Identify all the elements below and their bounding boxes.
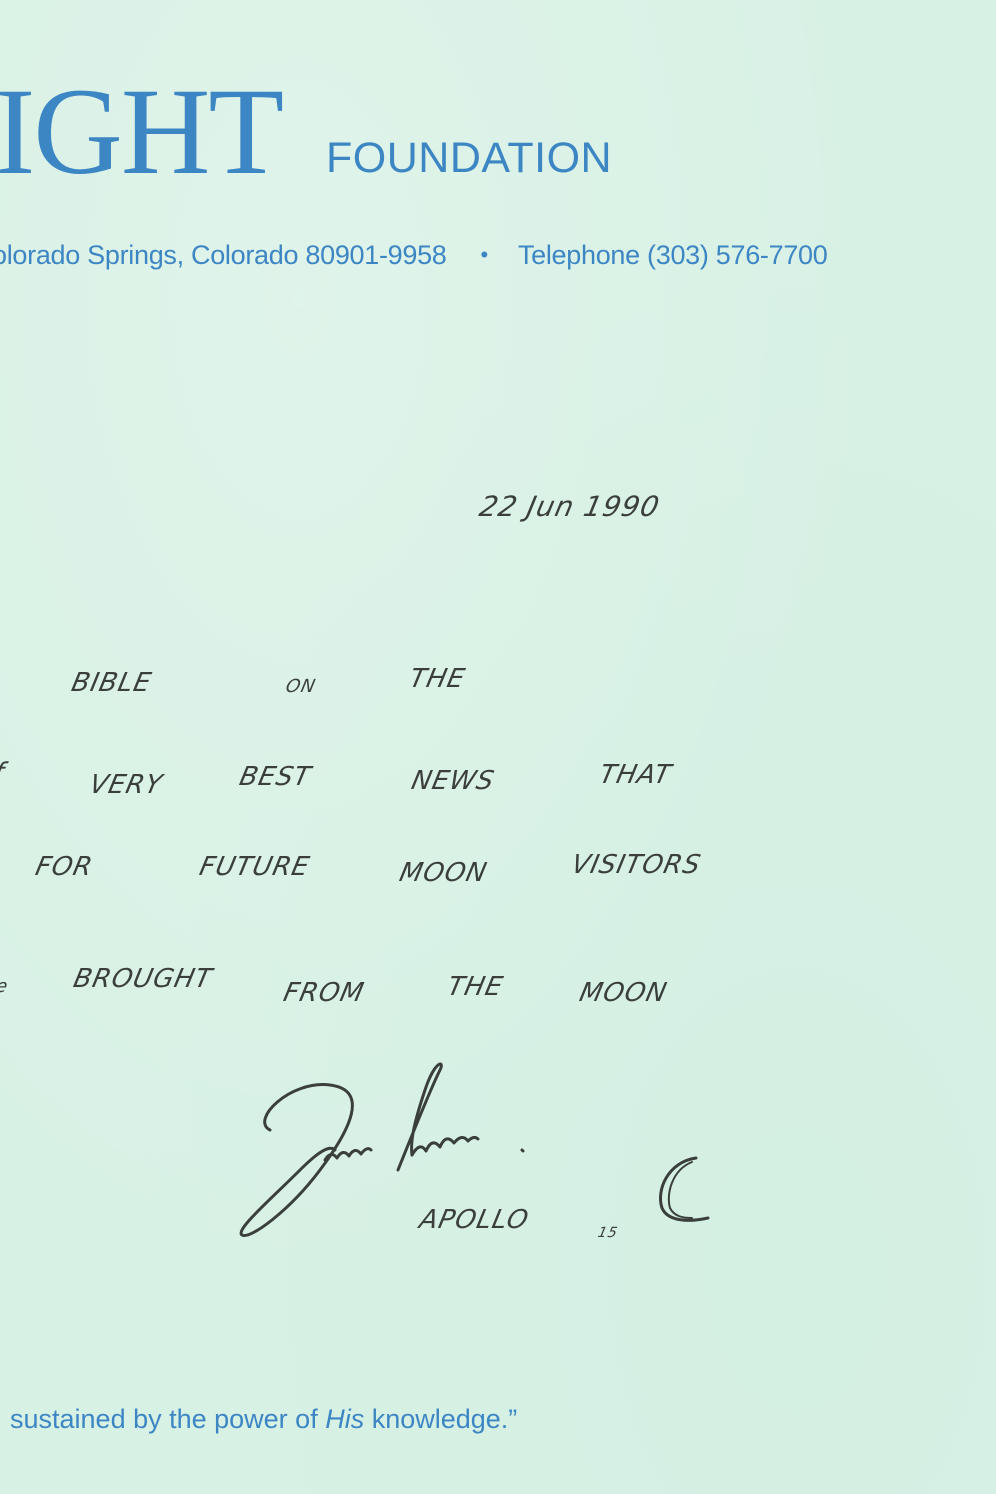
- bullet-separator: •: [481, 242, 488, 268]
- footer-quote: sustained by the power of His knowledge.…: [10, 1404, 517, 1435]
- address-text: olorado Springs, Colorado 80901-9958: [0, 240, 447, 270]
- handwritten-word: THAT: [597, 760, 675, 790]
- brand-name-fragment: IGHT: [0, 70, 282, 194]
- signoff-apollo: APOLLO: [417, 1205, 532, 1235]
- crescent-moon-icon: [648, 1150, 718, 1230]
- quote-emphasis: His: [325, 1404, 364, 1434]
- handwritten-word: ON: [284, 676, 318, 697]
- letter-paper: [0, 0, 996, 1494]
- mission-number: 15: [596, 1225, 619, 1241]
- handwritten-word: BIBLE: [69, 668, 155, 698]
- letterhead-address-line: olorado Springs, Colorado 80901-9958•Tel…: [0, 240, 828, 271]
- handwritten-word: FROM: [281, 978, 367, 1008]
- handwritten-word: NEWS: [409, 766, 497, 796]
- handwritten-word: BEST: [237, 762, 314, 792]
- brand-foundation: FOUNDATION: [326, 134, 612, 183]
- handwritten-word: MOON: [397, 858, 490, 888]
- telephone-text: Telephone (303) 576-7700: [518, 240, 828, 270]
- handwritten-word: VISITORS: [569, 850, 704, 880]
- handwritten-word: FUTURE: [197, 852, 313, 882]
- handwritten-word: THE: [445, 972, 506, 1002]
- handwritten-word: BROUGHT: [71, 964, 215, 994]
- handwritten-date: 22 Jun 1990: [476, 490, 662, 523]
- quote-text-before: sustained by the power of: [10, 1404, 325, 1434]
- handwritten-word: MOON: [577, 978, 670, 1008]
- handwritten-word: FOR: [33, 852, 96, 882]
- handwritten-word: THE: [407, 664, 468, 694]
- quote-text-after: knowledge.”: [364, 1404, 517, 1434]
- handwritten-word: VERY: [87, 770, 166, 800]
